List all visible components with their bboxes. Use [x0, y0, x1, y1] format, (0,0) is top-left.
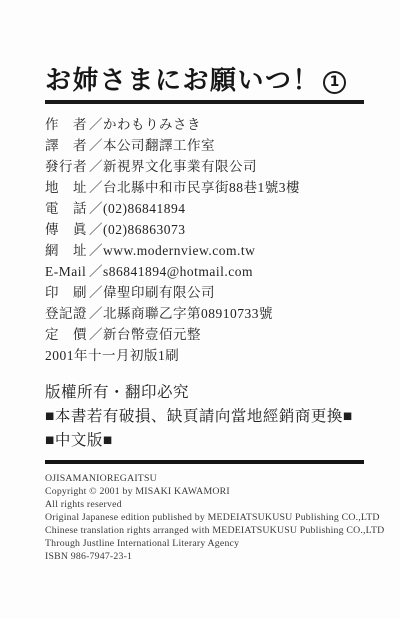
damage-replacement-notice: ■本書若有破損、缺頁請向當地經銷商更換■ — [45, 405, 364, 429]
colophon-label: 地 址 — [45, 177, 89, 198]
colophon-row: 傳 眞／(02)86863073 — [45, 219, 364, 240]
colophon-page: お姉さまにお願いつ！1 作 者／かわもりみさき 譯 者／本公司翻譯工作室 發行者… — [0, 0, 400, 619]
colophon-separator: ／ — [89, 222, 103, 237]
colophon-separator: ／ — [89, 285, 103, 300]
colophon-value: 偉聖印刷有限公司 — [103, 285, 215, 300]
colophon-separator: ／ — [89, 117, 103, 132]
volume-number-badge: 1 — [323, 71, 346, 94]
colophon-value: 台北縣中和市民享街88巷1號3樓 — [103, 180, 300, 195]
colophon-separator: ／ — [89, 243, 103, 258]
colophon-separator: ／ — [89, 201, 103, 216]
colophon-label: 登記證 — [45, 303, 89, 324]
colophon-value: かわもりみさき — [103, 117, 201, 132]
colophon-value: 北縣商聯乙字第08910733號 — [103, 306, 273, 321]
colophon-label: E-Mail — [45, 261, 89, 282]
title-underline — [45, 100, 364, 104]
colophon-row: 印 刷／偉聖印刷有限公司 — [45, 282, 364, 303]
english-line: All rights reserved — [45, 498, 364, 511]
chinese-edition-label: ■中文版■ — [45, 429, 364, 453]
book-title-text: お姉さまにお願いつ！ — [45, 66, 320, 96]
colophon-row: 地 址／台北縣中和市民享街88巷1號3樓 — [45, 177, 364, 198]
colophon-label: 發行者 — [45, 156, 89, 177]
english-line: Through Justline International Literary … — [45, 537, 364, 550]
colophon-label: 傳 眞 — [45, 219, 89, 240]
colophon-label: 譯 者 — [45, 135, 89, 156]
colophon-separator: ／ — [89, 306, 103, 321]
english-line: ISBN 986-7947-23-1 — [45, 550, 364, 563]
colophon-row: 電 話／(02)86841894 — [45, 198, 364, 219]
rights-block: 版權所有・翻印必究 ■本書若有破損、缺頁請向當地經銷商更換■ ■中文版■ — [45, 381, 364, 453]
colophon-row: 發行者／新視界文化事業有限公司 — [45, 156, 364, 177]
colophon-label: 作 者 — [45, 114, 89, 135]
colophon-row: 譯 者／本公司翻譯工作室 — [45, 135, 364, 156]
colophon-label: 印 刷 — [45, 282, 89, 303]
colophon-value: www.modernview.com.tw — [103, 243, 255, 258]
english-line: Chinese translation rights arranged with… — [45, 524, 364, 537]
rights-notice: 版權所有・翻印必究 — [45, 381, 364, 405]
colophon-separator: ／ — [89, 159, 103, 174]
colophon-row: 作 者／かわもりみさき — [45, 114, 364, 135]
english-line: OJISAMANIOREGAITSU — [45, 472, 364, 485]
colophon-value: (02)86841894 — [103, 201, 186, 216]
english-line: Original Japanese edition published by M… — [45, 511, 364, 524]
colophon-value: 本公司翻譯工作室 — [103, 138, 215, 153]
english-line: Copyright © 2001 by MISAKI KAWAMORI — [45, 485, 364, 498]
edition-note: 2001年十一月初版1刷 — [45, 345, 364, 366]
colophon-label: 網 址 — [45, 240, 89, 261]
book-title: お姉さまにお願いつ！1 — [45, 66, 364, 96]
colophon-label: 定 價 — [45, 324, 89, 345]
colophon-separator: ／ — [89, 327, 103, 342]
colophon-row: 定 價／新台幣壹佰元整 — [45, 324, 364, 345]
colophon-value: 新台幣壹佰元整 — [103, 327, 201, 342]
colophon-row: 登記證／北縣商聯乙字第08910733號 — [45, 303, 364, 324]
colophon-separator: ／ — [89, 138, 103, 153]
colophon-separator: ／ — [89, 180, 103, 195]
colophon-value: (02)86863073 — [103, 222, 186, 237]
colophon-row: 網 址／www.modernview.com.tw — [45, 240, 364, 261]
colophon-separator: ／ — [89, 264, 103, 279]
section-divider-rule — [45, 460, 364, 464]
colophon-row: E-Mail／s86841894@hotmail.com — [45, 261, 364, 282]
colophon-label: 電 話 — [45, 198, 89, 219]
colophon-value: s86841894@hotmail.com — [103, 264, 253, 279]
english-block: OJISAMANIOREGAITSU Copyright © 2001 by M… — [45, 472, 364, 563]
colophon-list: 作 者／かわもりみさき 譯 者／本公司翻譯工作室 發行者／新視界文化事業有限公司… — [45, 114, 364, 345]
colophon-value: 新視界文化事業有限公司 — [103, 159, 257, 174]
